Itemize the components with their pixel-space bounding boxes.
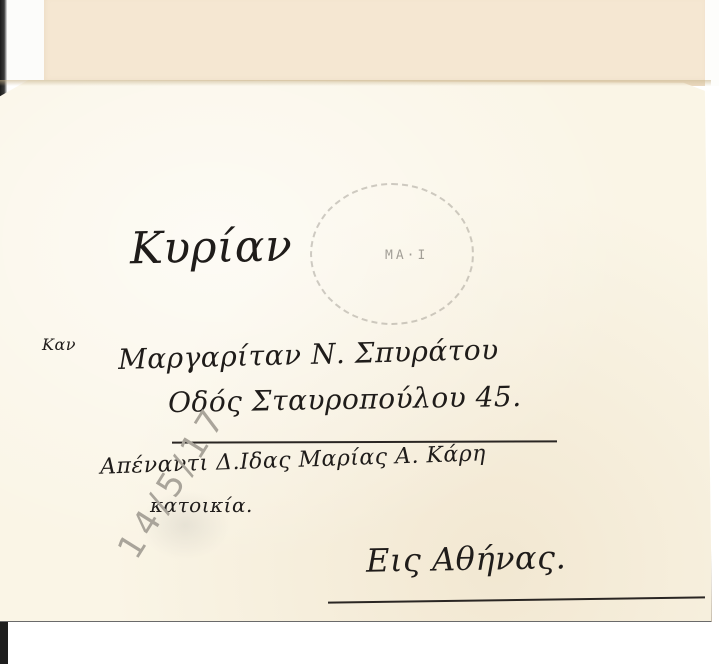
postmark-text: ΜΑ·Ι bbox=[385, 248, 428, 263]
address-title-prefix: Kαν bbox=[42, 335, 76, 354]
scan-bottom-edge bbox=[0, 622, 719, 664]
envelope-flap-edge bbox=[0, 80, 711, 86]
scan-background bbox=[7, 0, 44, 80]
envelope-back-sheet bbox=[44, 0, 708, 86]
salutation: Κυρίαν bbox=[130, 221, 293, 275]
address-city: Εις Αθήνας. bbox=[366, 538, 567, 579]
scan-background bbox=[705, 0, 719, 86]
scan-corner-shadow bbox=[0, 622, 8, 664]
